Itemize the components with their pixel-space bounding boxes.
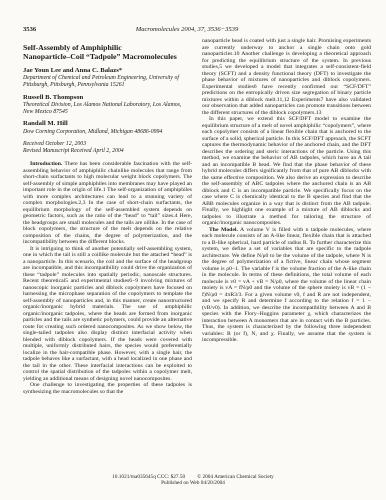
affiliation-2: Theoretical Division, Los Alamos Nationa… [23,102,192,115]
paragraph: In this paper, we extend this SCF/DFT mo… [202,116,371,227]
paragraph-continued-left: One challenge to investigating the prope… [23,382,192,395]
doi-line: 10.1021/ma035645q CCC: $27.50 [112,474,185,480]
copyright-line: © 2004 American Chemical Society [197,474,274,480]
affiliation-1: Department of Chemical and Petroleum Eng… [23,75,192,88]
article-title: Self-Assembly of AmphiphilicNanoparticle… [23,44,192,62]
journal-citation: Macromolecules 2004, 37, 3536−3539 [23,26,351,34]
article-title-line1: Self-Assembly of Amphiphilic [23,43,122,52]
right-column: nanoparticle head is coated with just a … [202,38,371,395]
two-column-layout: Self-Assembly of AmphiphilicNanoparticle… [23,38,371,395]
received-dates: Received October 12, 2003Revised Manuscr… [23,141,192,154]
author-line-1: Jae Youn Lee and Anna C. Balazs* [23,67,192,74]
paragraph: It is intriguing to think of another pot… [23,246,192,383]
received-date: Received October 12, 2003 [23,141,86,147]
paragraph-model: The Model. A volume V is filled with n t… [202,227,371,344]
revised-date: Revised Manuscript Received April 2, 200… [23,148,124,154]
paragraph-continued-right: nanoparticle head is coated with just a … [202,38,371,116]
published-line: Published on Web 04/20/2004 [0,480,386,486]
page-header: 3536 Macromolecules 2004, 37, 3536−3539 [23,26,371,35]
model-heading: The Model. [209,227,238,233]
affiliation-3: Dow Corning Corporation, Midland, Michig… [23,129,192,136]
paragraph-text: A volume V is filled with n tadpole mole… [202,227,371,344]
author-line-2: Russell B. Thompson [23,94,192,101]
intro-heading: Introduction. [30,161,62,167]
paragraph-text: There has been considerable fascination … [23,161,192,245]
article-title-line2: Nanoparticle–Coil “Tadpole” Macromolecul… [23,52,177,61]
author-line-3: Randall M. Hill [23,120,192,127]
paragraph-intro: Introduction. There has been considerabl… [23,161,192,246]
page-footer: 10.1021/ma035645q CCC: $27.50© 2004 Amer… [0,474,386,486]
journal-page: 3536 Macromolecules 2004, 37, 3536−3539 … [0,0,386,500]
left-column: Self-Assembly of AmphiphilicNanoparticle… [23,38,192,395]
